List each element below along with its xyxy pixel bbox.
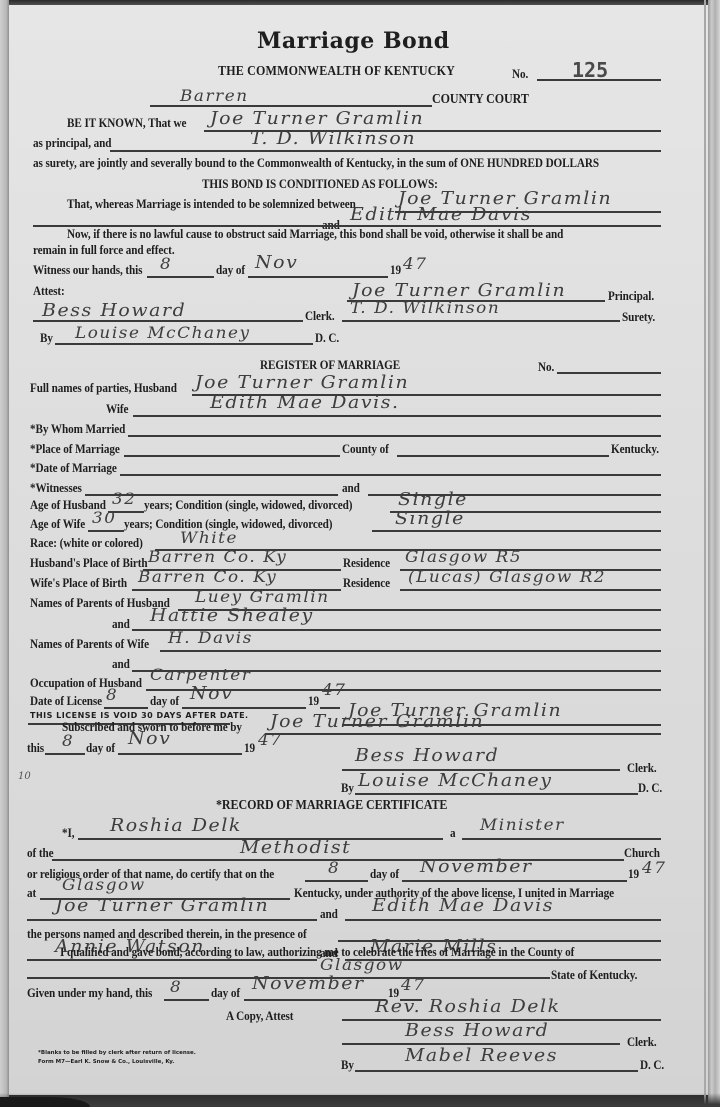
register-dc-label: D. C. — [638, 780, 662, 796]
license-year-line — [320, 707, 340, 709]
cert-and-label: and — [320, 906, 338, 922]
wife-birth-label: Wife's Place of Birth — [30, 575, 127, 591]
license-day: 8 — [106, 685, 118, 704]
county-court-label: COUNTY COURT — [432, 92, 529, 108]
wife-residence: (Lucas) Glasgow R2 — [408, 567, 606, 586]
husband-parents-and-label: and — [112, 616, 130, 632]
cert-bride-line — [345, 919, 661, 921]
age-wife-line — [88, 530, 124, 532]
by-whom-line — [128, 435, 661, 437]
date-label: *Date of Marriage — [30, 460, 117, 476]
footnote-blanks: *Blanks to be filled by clerk after retu… — [38, 1050, 196, 1056]
cert-clerk-signature: Bess Howard — [405, 1020, 549, 1041]
occupation-label: Occupation of Husband — [30, 675, 142, 691]
wife-condition-line — [372, 530, 661, 532]
wife-parents-and-label: and — [112, 656, 130, 672]
page-edge-line — [704, 0, 706, 1107]
officiant-name: Roshia Delk — [110, 815, 242, 836]
margin-note: 10 — [18, 771, 31, 782]
place-label: *Place of Marriage — [30, 441, 120, 457]
license-day-line — [104, 707, 148, 709]
cert-year-suffix: 47 — [642, 858, 667, 877]
witnesses-and-label: and — [342, 480, 360, 496]
bond-deputy-signature: Louise McChaney — [75, 323, 251, 342]
county-of-label: County of — [342, 441, 389, 457]
given-day-of-label: day of — [211, 985, 240, 1001]
age-husband: 32 — [112, 489, 137, 508]
sworn-year-suffix: 47 — [258, 730, 283, 749]
sworn-day: 8 — [62, 731, 74, 750]
date-line — [120, 474, 661, 476]
witness-day: 8 — [160, 254, 172, 273]
license-month-line — [182, 707, 306, 709]
cert-day-line — [305, 880, 368, 882]
obstruct-text-2: remain in full force and effect. — [33, 242, 175, 258]
bond-clerk-signature: Bess Howard — [42, 300, 186, 321]
sworn-day-of-label: day of — [86, 740, 115, 756]
license-date-label: Date of License — [30, 693, 102, 709]
book-right-edge — [708, 0, 720, 1107]
bond-deputy-line — [55, 343, 313, 345]
register-by-label: By — [341, 780, 354, 796]
certificate-heading: *RECORD OF MARRIAGE CERTIFICATE — [216, 798, 447, 814]
cert-bride: Edith Mae Davis — [372, 895, 554, 916]
age-wife-label: Age of Wife — [30, 516, 85, 532]
cert-deputy-signature: Mabel Reeves — [405, 1045, 558, 1066]
cert-dc-label: D. C. — [640, 1057, 664, 1073]
subscribed-by: Joe Turner Gramlin — [270, 711, 484, 732]
footnote-form: Form M7—Earl K. Snow & Co., Louisville, … — [38, 1059, 174, 1065]
bond-clerk-label: Clerk. — [305, 308, 335, 324]
qualified-county: Glasgow — [320, 955, 404, 974]
bond-no-label: No. — [512, 66, 528, 82]
surety-text: as surety, are jointly and severally bou… — [33, 155, 599, 171]
of-the-label: of the — [27, 845, 53, 861]
witness-month-line — [248, 276, 388, 278]
wife-father: H. Davis — [168, 628, 253, 647]
age-wife: 30 — [92, 508, 117, 527]
officiant-title-line — [462, 838, 661, 840]
principal-name: Joe Turner Gramlin — [210, 108, 424, 129]
register-deputy-line — [355, 793, 638, 795]
license-year-prefix: 19 — [308, 693, 319, 709]
cert-place: Glasgow — [62, 875, 146, 894]
bond-bride: Edith Mae Davis — [350, 204, 532, 225]
cert-month: November — [420, 856, 533, 877]
license-month: Nov — [190, 683, 233, 704]
race-value: White — [180, 528, 238, 547]
witness-day-line — [147, 276, 214, 278]
wife-condition: Single — [395, 508, 465, 529]
subscribed-by-line — [266, 733, 661, 735]
parents-husband-label: Names of Parents of Husband — [30, 595, 170, 611]
county-line — [150, 105, 432, 107]
witnesses-label: *Witnesses — [30, 480, 82, 496]
cert-month-line — [402, 880, 627, 882]
be-it-known-label: BE IT KNOWN, That we — [67, 115, 186, 131]
obstruct-text-1: Now, if there is no lawful cause to obst… — [67, 226, 563, 242]
wife-name-line — [133, 415, 661, 417]
given-month-line — [244, 999, 386, 1001]
officiant-signature: Rev. Roshia Delk — [375, 996, 561, 1017]
bond-by-label: By — [40, 330, 53, 346]
witness-day-of-label: day of — [216, 262, 245, 278]
sworn-month-line — [118, 753, 242, 755]
wife-father-line — [160, 650, 661, 652]
book-spine-edge — [0, 0, 9, 1107]
qualified-text: I qualified and gave bond, according to … — [60, 944, 574, 960]
register-heading: REGISTER OF MARRIAGE — [260, 357, 400, 373]
cert-a-label: a — [450, 825, 456, 841]
copy-attest-label: A Copy, Attest — [226, 1008, 293, 1024]
cert-deputy-line — [355, 1070, 638, 1072]
register-deputy-signature: Louise McChaney — [358, 770, 553, 791]
bond-dc-label: D. C. — [315, 330, 339, 346]
register-clerk-label: Clerk. — [627, 760, 657, 776]
cert-clerk-label: Clerk. — [627, 1034, 657, 1050]
witness-year-suffix: 47 — [403, 254, 428, 273]
whereas-label: That, whereas Marriage is intended to be… — [67, 196, 356, 212]
witness-year-prefix: 19 — [390, 262, 401, 278]
wife-label: Wife — [106, 401, 128, 417]
place-line — [124, 455, 340, 457]
given-year-suffix: 47 — [401, 975, 426, 994]
wife-residence-line — [400, 589, 661, 591]
register-husband: Joe Turner Gramlin — [195, 372, 409, 393]
given-month: November — [252, 973, 365, 994]
witness-month: Nov — [255, 252, 298, 273]
commonwealth-heading: THE COMMONWEALTH OF KENTUCKY — [218, 64, 455, 80]
husband-birth-label: Husband's Place of Birth — [30, 555, 148, 571]
principal-label: Principal. — [608, 288, 654, 304]
register-clerk-signature: Bess Howard — [355, 745, 499, 766]
by-whom-label: *By Whom Married — [30, 421, 125, 437]
given-day-line — [164, 999, 209, 1001]
state-label: State of Kentucky. — [551, 967, 637, 983]
cert-day-of-label: day of — [370, 866, 399, 882]
full-names-label: Full names of parties, Husband — [30, 380, 177, 396]
surety-line — [110, 150, 661, 152]
witness-label: Witness our hands, this — [33, 262, 142, 278]
cert-groom-line — [27, 919, 317, 921]
race-label: Race: (white or colored) — [30, 535, 143, 551]
surety-name: T. D. Wilkinson — [250, 128, 416, 149]
cert-groom: Joe Turner Gramlin — [55, 895, 269, 916]
register-wife: Edith Mae Davis. — [210, 392, 400, 413]
cert-year-prefix: 19 — [628, 866, 639, 882]
husband-mother: Hattie Shealey — [150, 605, 314, 626]
sworn-year-prefix: 19 — [244, 740, 255, 756]
register-no-line — [557, 372, 661, 374]
sworn-this-label: this — [27, 740, 44, 756]
cert-day: 8 — [328, 858, 340, 877]
county-of-line — [397, 455, 609, 457]
kentucky-label: Kentucky. — [611, 441, 659, 457]
officiant-title: Minister — [480, 815, 565, 834]
as-principal-label: as principal, and — [33, 135, 111, 151]
sworn-day-line — [45, 753, 85, 755]
husband-father: Luey Gramlin — [195, 587, 330, 606]
cert-at-label: at — [27, 885, 36, 901]
cert-by-label: By — [341, 1057, 354, 1073]
husband-birth: Barren Co. Ky — [148, 547, 287, 566]
bond-title: Marriage Bond — [257, 28, 450, 54]
license-year-suffix: 47 — [322, 680, 347, 699]
husband-residence: Glasgow R5 — [405, 547, 522, 566]
sworn-month: Nov — [128, 728, 171, 749]
cert-i-label: *I, — [62, 825, 74, 841]
attest-label: Attest: — [33, 283, 65, 299]
given-label: Given under my hand, this — [27, 985, 152, 1001]
register-no-label: No. — [538, 359, 554, 375]
county-value: Barren — [180, 86, 249, 105]
occupation-value: Carpenter — [150, 665, 251, 684]
surety-label: Surety. — [622, 309, 655, 325]
surety-signature-line — [342, 320, 620, 322]
husband-condition-label: years; Condition (single, widowed, divor… — [144, 497, 352, 513]
given-day: 8 — [170, 977, 182, 996]
husband-residence-label: Residence — [343, 555, 390, 571]
husband-condition: Single — [398, 489, 468, 510]
wife-birth: Barren Co. Ky — [138, 567, 277, 586]
parents-wife-label: Names of Parents of Wife — [30, 636, 149, 652]
book-bottom-shadow — [0, 1093, 720, 1107]
wife-residence-label: Residence — [343, 575, 390, 591]
bond-number: 125 — [572, 58, 608, 82]
license-day-of-label: day of — [150, 693, 179, 709]
denomination: Methodist — [240, 837, 351, 858]
surety-signature: T. D. Wilkinson — [350, 298, 500, 317]
